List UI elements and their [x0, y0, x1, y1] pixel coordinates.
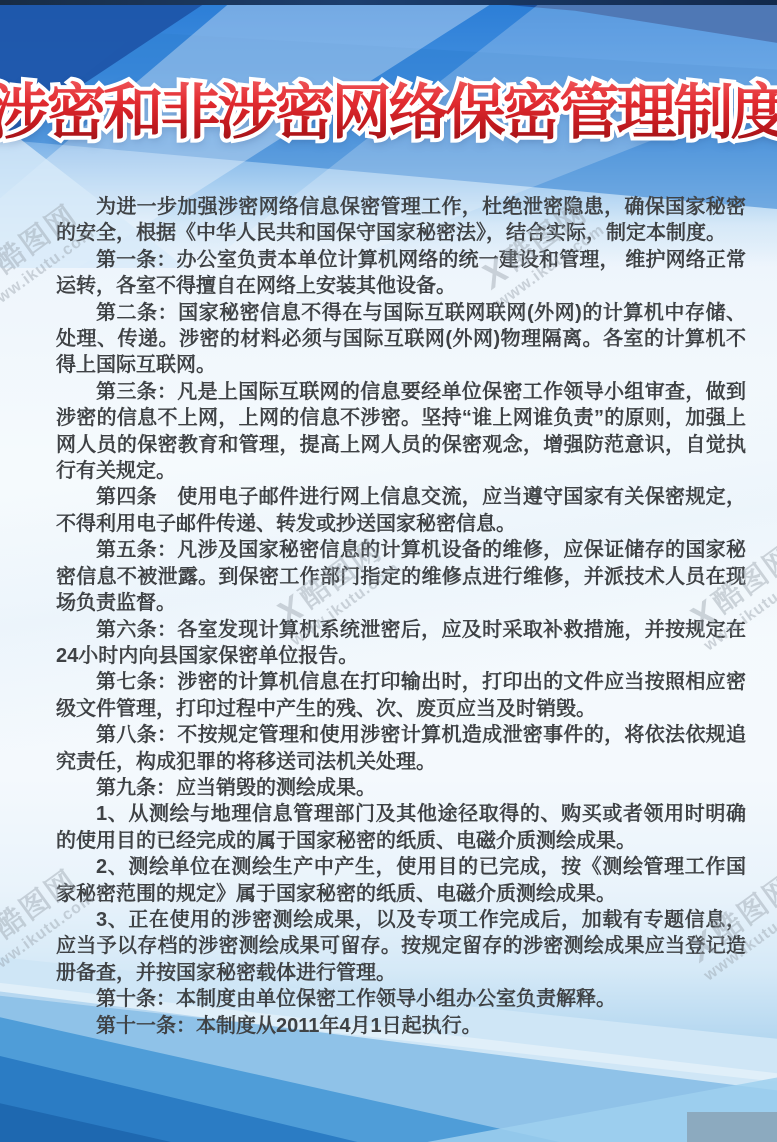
top-edge-strip: [0, 0, 777, 5]
article-8: 第八条：不按规定管理和使用涉密计算机造成泄密事件的，将依法依规追究责任，构成犯罪…: [56, 722, 746, 775]
page-title: 涉密和非涉密网络保密管理制度 涉密和非涉密网络保密管理制度: [0, 83, 777, 143]
title-banner: 涉密和非涉密网络保密管理制度 涉密和非涉密网络保密管理制度: [0, 64, 777, 162]
watermark-block: [687, 1112, 777, 1142]
article-1: 第一条：办公室负责本单位计算机网络的统一建设和管理， 维护网络正常运转，各室不得…: [56, 247, 746, 300]
article-3: 第三条：凡是上国际互联网的信息要经单位保密工作领导小组审查，做到涉密的信息不上网…: [56, 379, 746, 485]
article-6: 第六条：各室发现计算机系统泄密后，应及时采取补救措施，并按规定在24小时内向县国…: [56, 617, 746, 670]
article-5: 第五条：凡涉及国家秘密信息的计算机设备的维修，应保证储存的国家秘密信息不被泄露。…: [56, 537, 746, 616]
article-2: 第二条：国家秘密信息不得在与国际互联网联网(外网)的计算机中存储、处理、传递。涉…: [56, 300, 746, 379]
article-9-item-2: 2、测绘单位在测绘生产中产生，使用目的已完成，按《测绘管理工作国家秘密范围的规定…: [56, 854, 746, 907]
article-4: 第四条 使用电子邮件进行网上信息交流，应当遵守国家有关保密规定，不得利用电子邮件…: [56, 484, 746, 537]
article-9: 第九条：应当销毁的测绘成果。: [56, 775, 746, 801]
article-9-item-1: 1、从测绘与地理信息管理部门及其他途径取得的、购买或者领用时明确的使用目的已经完…: [56, 801, 746, 854]
article-11: 第十一条：本制度从2011年4月1日起执行。: [56, 1013, 746, 1039]
page-title-text: 涉密和非涉密网络保密管理制度: [0, 79, 777, 146]
article-9-item-3: 3、正在使用的涉密测绘成果，以及专项工作完成后，加载有专题信息，应当予以存档的涉…: [56, 907, 746, 986]
regulation-poster: 涉密和非涉密网络保密管理制度 涉密和非涉密网络保密管理制度 为进一步加强涉密网络…: [0, 0, 777, 1142]
regulation-body: 为进一步加强涉密网络信息保密管理工作，杜绝泄密隐患，确保国家秘密的安全，根据《中…: [56, 194, 746, 1039]
article-10: 第十条：本制度由单位保密工作领导小组办公室负责解释。: [56, 986, 746, 1012]
article-7: 第七条：涉密的计算机信息在打印输出时，打印出的文件应当按照相应密级文件管理，打印…: [56, 669, 746, 722]
intro-paragraph: 为进一步加强涉密网络信息保密管理工作，杜绝泄密隐患，确保国家秘密的安全，根据《中…: [56, 194, 746, 247]
